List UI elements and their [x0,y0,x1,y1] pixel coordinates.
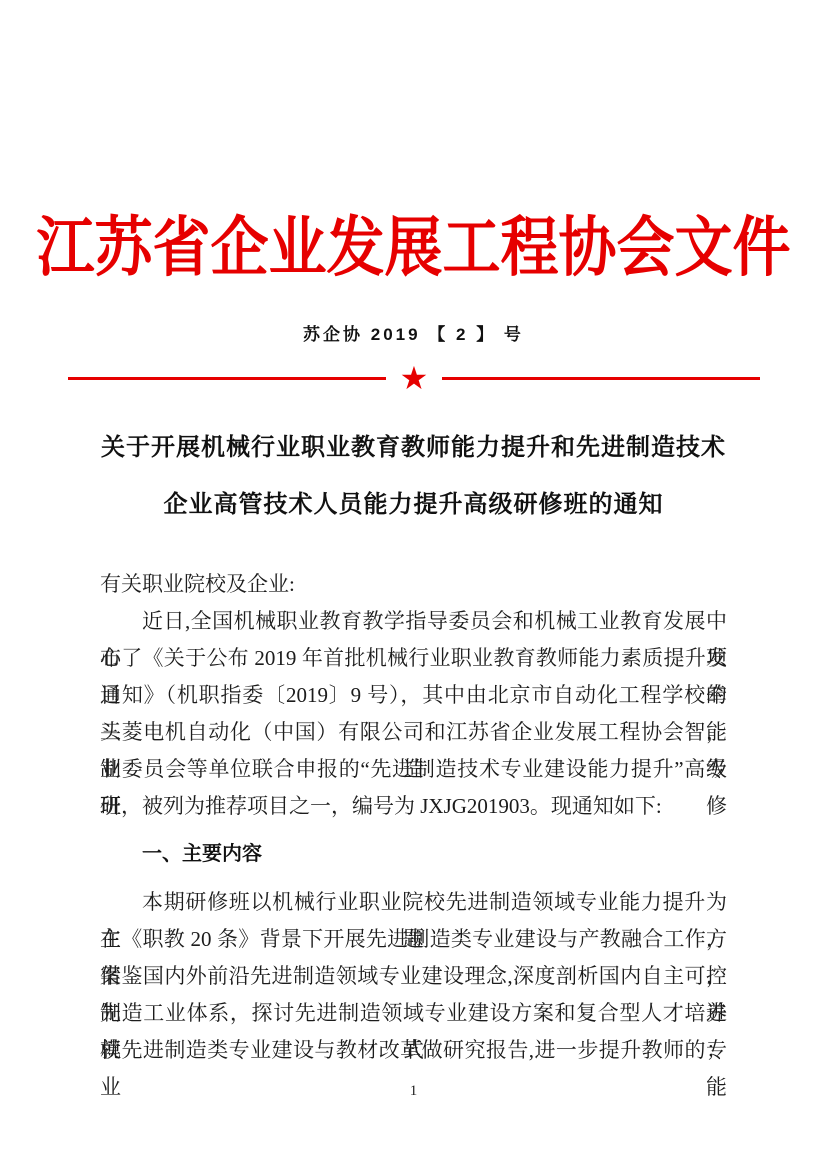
doc-number: 苏企协 2019 【 2 】 号 [0,320,827,345]
document-title: 关于开展机械行业职业教育教师能力提升和先进制造技术 企业高管技术人员能力提升高级… [0,420,827,534]
red-divider-left-line [68,377,386,380]
paragraph1-line4: 三菱电机自动化（中国）有限公司和江苏省企业发展工程协会智能制造专 [100,714,727,751]
red-header-org-title: 江苏省企业发展工程协会文件 [0,192,827,304]
paragraph1-line5: 业委员会等单位联合申报的“先进制造技术专业建设能力提升”高级研修 [100,751,727,788]
star-icon: ★ [400,362,429,394]
page-number: 1 [0,1083,827,1100]
paragraph1-line3: 通知》（机职指委〔2019〕9 号），其中由北京市自动化工程学校牵头， [100,677,727,714]
red-divider-right-line [442,377,760,380]
paragraph2-line3: 借鉴国内外前沿先进制造领域专业建设理念,深度剖析国内自主可控先进 [100,958,727,995]
red-divider: ★ [68,360,760,396]
paragraph2-line5: 就先进制造类专业建设与教材改革做研究报告,进一步提升教师的专业能 [100,1032,727,1069]
document-title-line2: 企业高管技术人员能力提升高级研修班的通知 [0,477,827,534]
paragraph2-line2: 在《职教 20 条》背景下开展先进制造类专业建设与产教融合工作方案， [100,921,727,958]
paragraph1-line1: 近日,全国机械职业教育教学指导委员会和机械工业教育发展中心发 [100,603,727,640]
paragraph1-line2: 布了《关于公布 2019 年首批机械行业职业教育教师能力素质提升项目的 [100,640,727,677]
paragraph2-line1: 本期研修班以机械行业职业院校先进制造领域专业能力提升为主题， [100,884,727,921]
document-page: 江苏省企业发展工程协会文件 苏企协 2019 【 2 】 号 ★ 关于开展机械行… [0,0,827,1169]
document-title-line1: 关于开展机械行业职业教育教师能力提升和先进制造技术 [0,420,827,477]
document-body: 有关职业院校及企业: 近日,全国机械职业教育教学指导委员会和机械工业教育发展中心… [100,566,727,1069]
paragraph1-line6: 班，被列为推荐项目之一，编号为 JXJG201903。现通知如下: [100,788,727,825]
paragraph2-line4: 制造工业体系，探讨先进制造领域专业建设方案和复合型人才培养模式； [100,995,727,1032]
section1-heading: 一、主要内容 [100,836,727,873]
salutation-line: 有关职业院校及企业: [100,566,727,603]
